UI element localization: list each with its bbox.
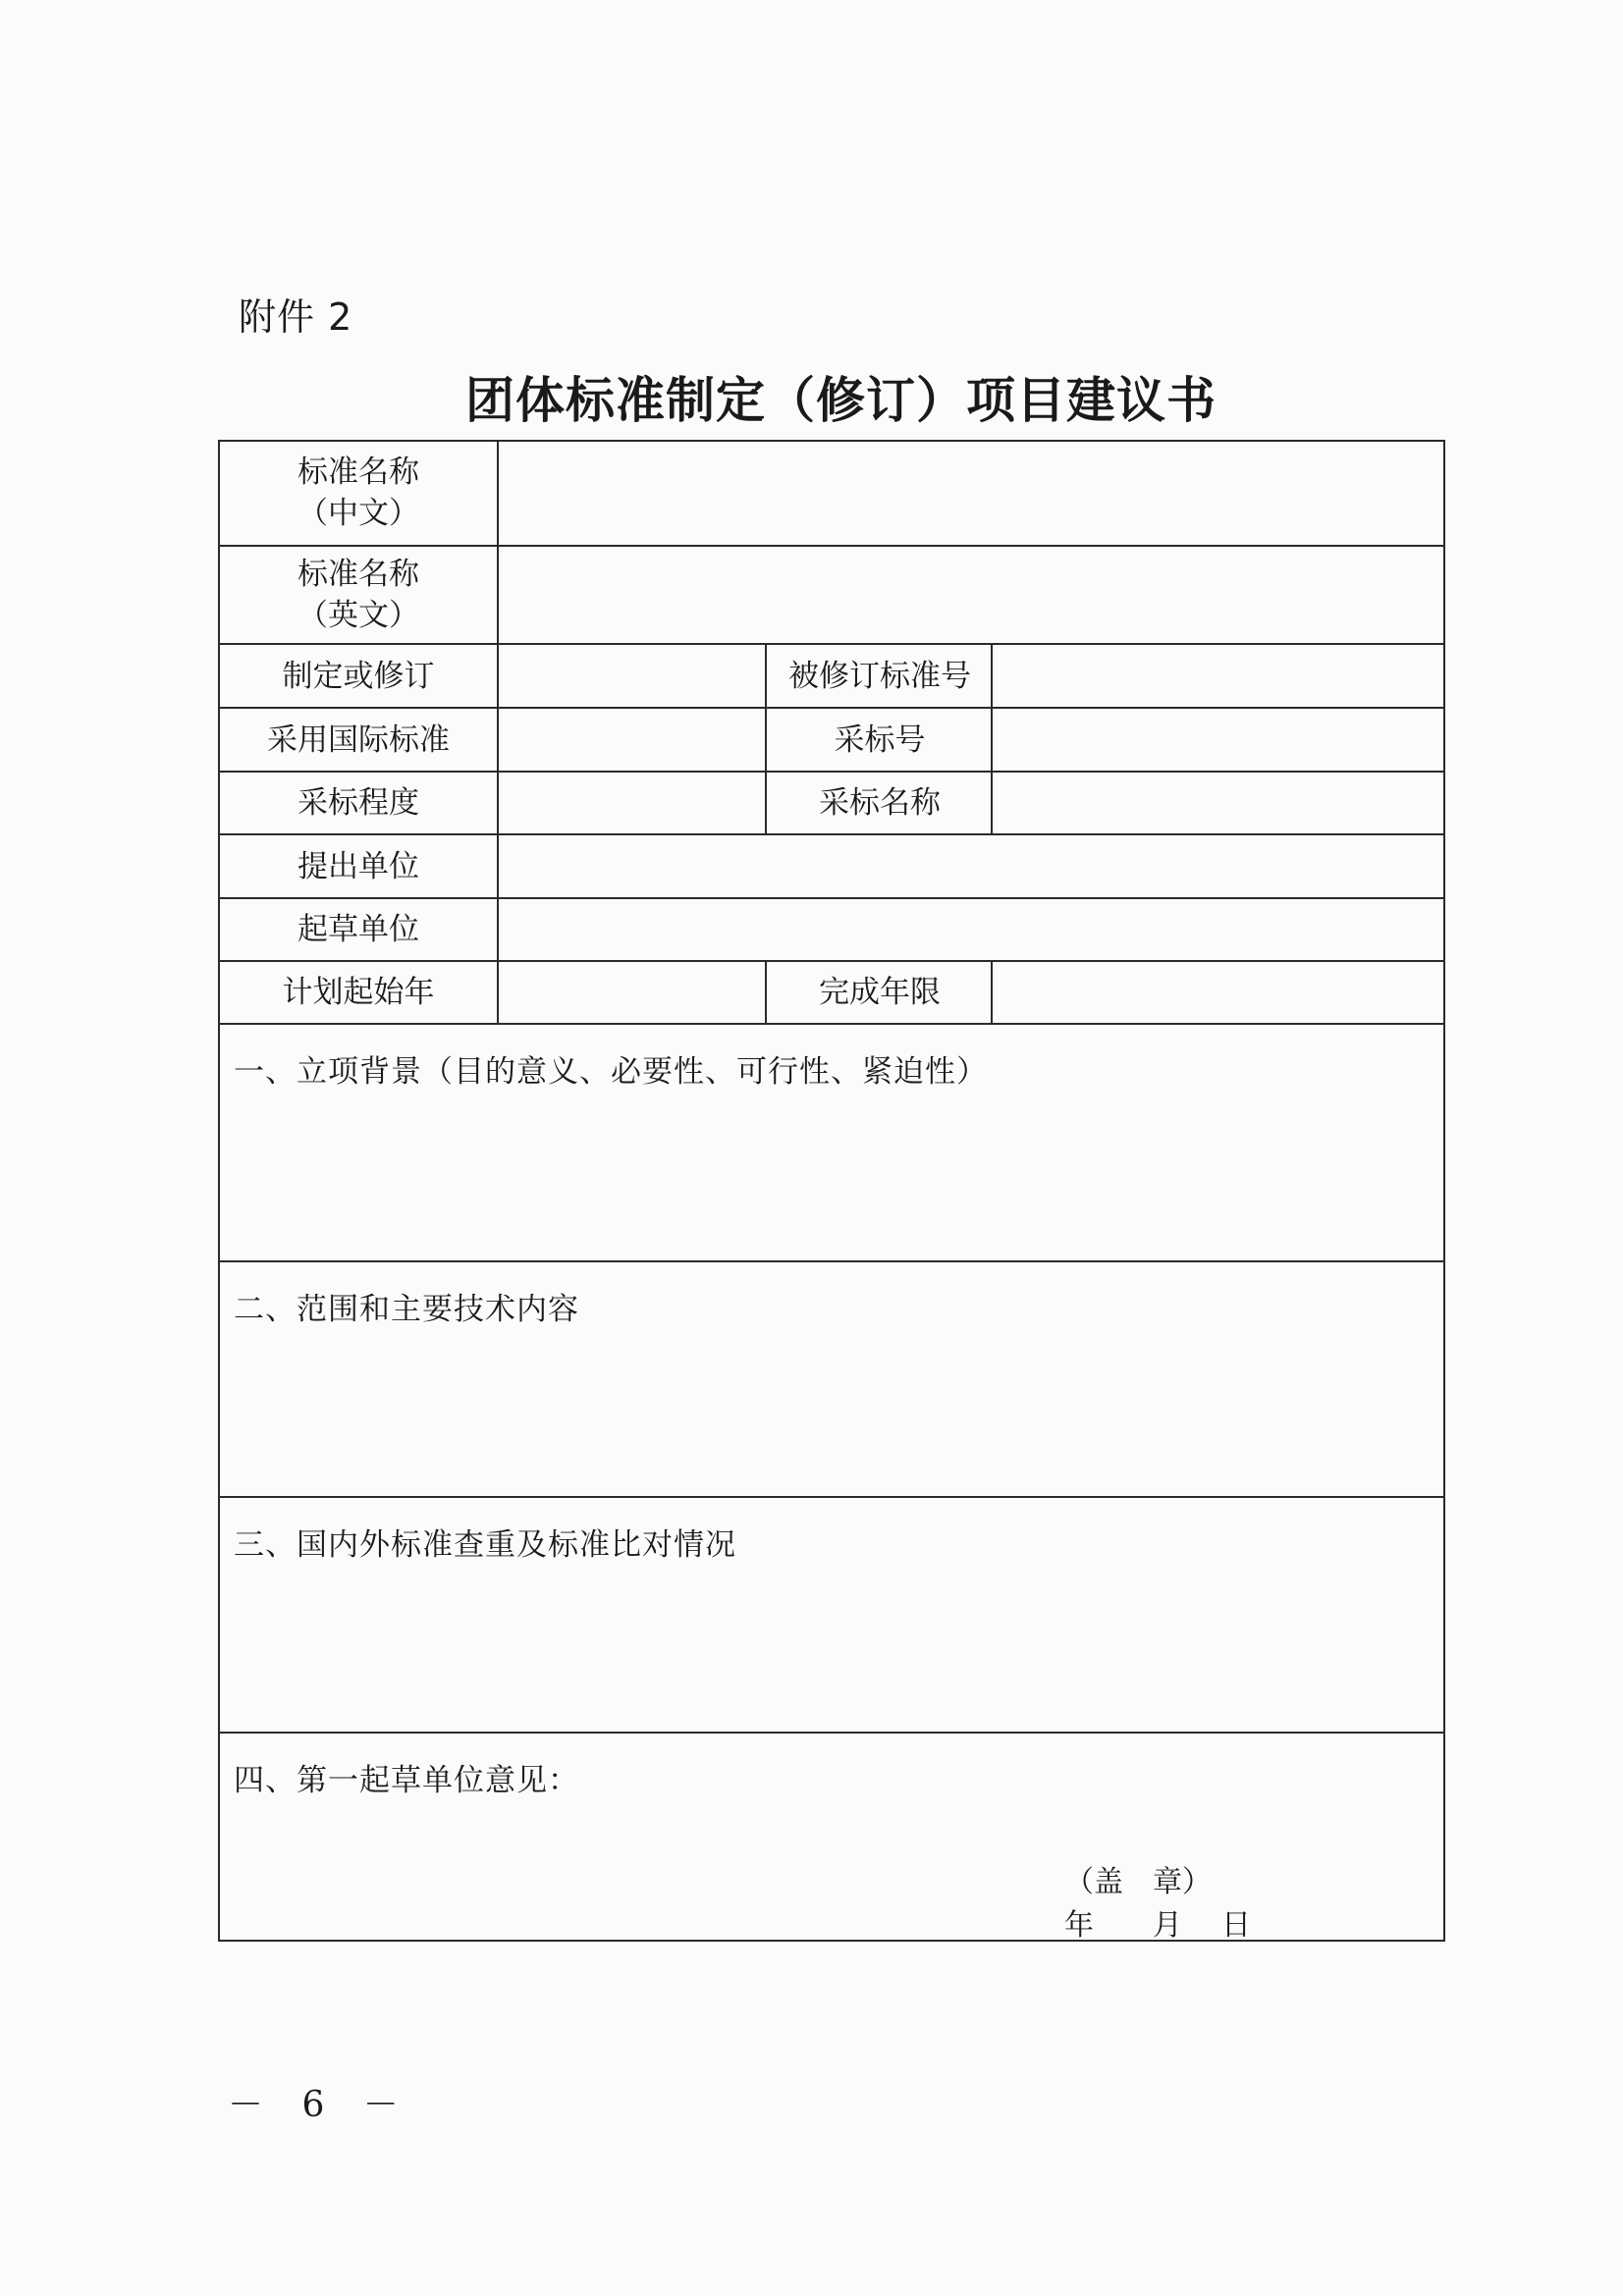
row-proposing-unit: 提出单位 [220, 833, 1443, 899]
date-year: 年 [1064, 1904, 1094, 1948]
page-number: － 6 － [228, 2077, 412, 2127]
label-adoption-name: 采标名称 [765, 773, 993, 835]
label-name-english: 标准名称（英文） [220, 547, 497, 645]
page-title: 团体标准制定（修订）项目建议书 [0, 361, 1623, 432]
row-adoption-degree: 采标程度 采标名称 [220, 771, 1443, 835]
field-name-english[interactable] [497, 547, 1443, 645]
label-adoption-degree: 采标程度 [220, 773, 497, 835]
section-title-opinion: 四、第一起草单位意见： [234, 1755, 579, 1799]
label-adopt-international: 采用国际标准 [220, 709, 497, 773]
row-drafting-unit: 起草单位 [220, 897, 1443, 962]
row-establish-or-revise: 制定或修订 被修订标准号 [220, 643, 1443, 709]
field-adoption-degree[interactable] [497, 773, 767, 835]
section-scope-content[interactable]: 二、范围和主要技术内容 [220, 1260, 1443, 1498]
field-adoption-no[interactable] [991, 709, 1443, 773]
date-day: 日 [1221, 1904, 1251, 1948]
label-planned-start-year: 计划起始年 [220, 962, 497, 1025]
label-name-chinese: 标准名称（中文） [220, 442, 497, 545]
label-completion-deadline: 完成年限 [765, 962, 993, 1025]
section-title-comparison: 三、国内外标准查重及标准比对情况 [234, 1520, 736, 1564]
section-drafting-unit-opinion[interactable]: 四、第一起草单位意见： （盖 章） 年月日 [220, 1732, 1443, 1944]
section-standard-comparison[interactable]: 三、国内外标准查重及标准比对情况 [220, 1496, 1443, 1734]
seal-label: （盖 章） [1064, 1861, 1251, 1904]
row-adopt-international: 采用国际标准 采标号 [220, 707, 1443, 773]
proposal-form-table: 标准名称（中文） 标准名称（英文） 制定或修订 被修订标准号 采用国际标准 采标… [218, 440, 1445, 1942]
attachment-label: 附件 2 [239, 287, 352, 341]
label-adoption-no: 采标号 [765, 709, 993, 773]
row-planned-start-year: 计划起始年 完成年限 [220, 960, 1443, 1025]
label-drafting-unit: 起草单位 [220, 899, 497, 962]
section-project-background[interactable]: 一、立项背景（目的意义、必要性、可行性、紧迫性） [220, 1023, 1443, 1262]
section-title-background: 一、立项背景（目的意义、必要性、可行性、紧迫性） [234, 1046, 988, 1091]
field-revised-standard-no[interactable] [991, 645, 1443, 709]
field-adoption-name[interactable] [991, 773, 1443, 835]
label-establish-or-revise: 制定或修订 [220, 645, 497, 709]
seal-date-block: （盖 章） 年月日 [1064, 1861, 1251, 1948]
date-line: 年月日 [1064, 1904, 1251, 1948]
section-title-scope: 二、范围和主要技术内容 [234, 1284, 579, 1328]
row-name-chinese: 标准名称（中文） [220, 442, 1443, 545]
row-name-english: 标准名称（英文） [220, 545, 1443, 645]
label-revised-standard-no: 被修订标准号 [765, 645, 993, 709]
field-adopt-international[interactable] [497, 709, 767, 773]
date-month: 月 [1153, 1904, 1182, 1948]
field-drafting-unit[interactable] [497, 899, 1443, 962]
field-completion-deadline[interactable] [991, 962, 1443, 1025]
field-establish-or-revise[interactable] [497, 645, 767, 709]
field-name-chinese[interactable] [497, 442, 1443, 545]
field-proposing-unit[interactable] [497, 835, 1443, 899]
field-planned-start-year[interactable] [497, 962, 767, 1025]
label-proposing-unit: 提出单位 [220, 835, 497, 899]
